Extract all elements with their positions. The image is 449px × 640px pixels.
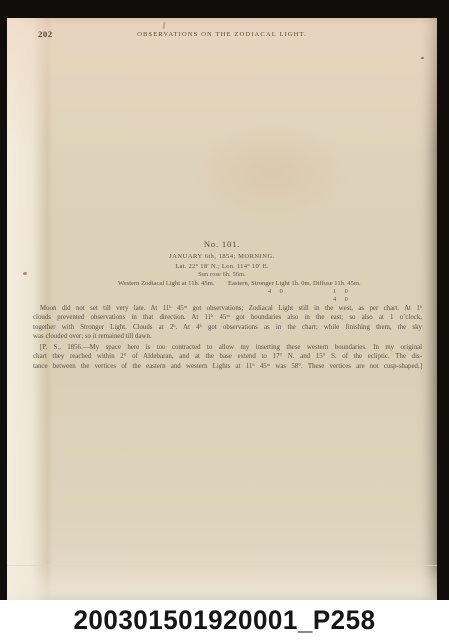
western-light-time: Western Zodiacal Light at 11h. 45m. bbox=[118, 280, 214, 287]
observation-paragraph: Moon did not set till very late. At 11ʰ … bbox=[33, 304, 422, 341]
page-speck bbox=[421, 57, 424, 59]
page-bottom-band bbox=[7, 565, 437, 600]
paragraph-line: together with Stronger Light. Clouds at … bbox=[33, 323, 422, 332]
scan-id-strip: 200301501920001_P258 bbox=[0, 600, 449, 640]
photo-background: 202 OBSERVATIONS ON THE ZODIACAL LIGHT. … bbox=[0, 0, 449, 600]
paragraph-line: chart they reached within 2° of Aldebara… bbox=[33, 352, 422, 361]
pencil-mark bbox=[163, 22, 165, 29]
paragraph-line: Moon did not set till very late. At 11ʰ … bbox=[33, 304, 422, 313]
diffuse-light-time: Diffuse 11h. 45m. bbox=[313, 280, 361, 287]
entry-number-heading: No. 101. bbox=[7, 239, 437, 249]
scan-id-label: 200301501920001_P258 bbox=[73, 604, 375, 636]
entry-sunrise-line: Sun rose 6h. 56m. bbox=[7, 272, 437, 278]
paragraph-line: tance between the vertices of the easter… bbox=[33, 362, 422, 371]
archive-scan: 202 OBSERVATIONS ON THE ZODIACAL LIGHT. … bbox=[0, 0, 449, 640]
paragraph-line: was clouded over; so it remained till da… bbox=[33, 332, 422, 341]
entry-position-line: Lat. 22° 18′ N.; Lon. 114° 10′ E. bbox=[7, 263, 437, 270]
postscript-paragraph: [P. S., 1856.—My space here is too contr… bbox=[33, 343, 422, 371]
paragraph-line: clouds prevented observations in that di… bbox=[33, 313, 422, 322]
diffuse-sub-time: 4 0 bbox=[333, 296, 348, 303]
page-top-tint bbox=[7, 18, 437, 153]
running-head: OBSERVATIONS ON THE ZODIACAL LIGHT. bbox=[7, 31, 437, 38]
book-page: 202 OBSERVATIONS ON THE ZODIACAL LIGHT. … bbox=[7, 18, 437, 600]
paragraph-line: [P. S., 1856.—My space here is too contr… bbox=[33, 343, 422, 352]
eastern-sub-time: 4 0 bbox=[268, 288, 283, 295]
entry-date-heading: JANUARY 6th, 1854; MORNING. bbox=[7, 253, 437, 260]
eastern-light-time: Eastern, Stronger Light 1h. 0m. bbox=[228, 280, 311, 287]
diffuse-sub-time: 1 0 bbox=[333, 288, 348, 295]
page-stain bbox=[157, 103, 387, 243]
